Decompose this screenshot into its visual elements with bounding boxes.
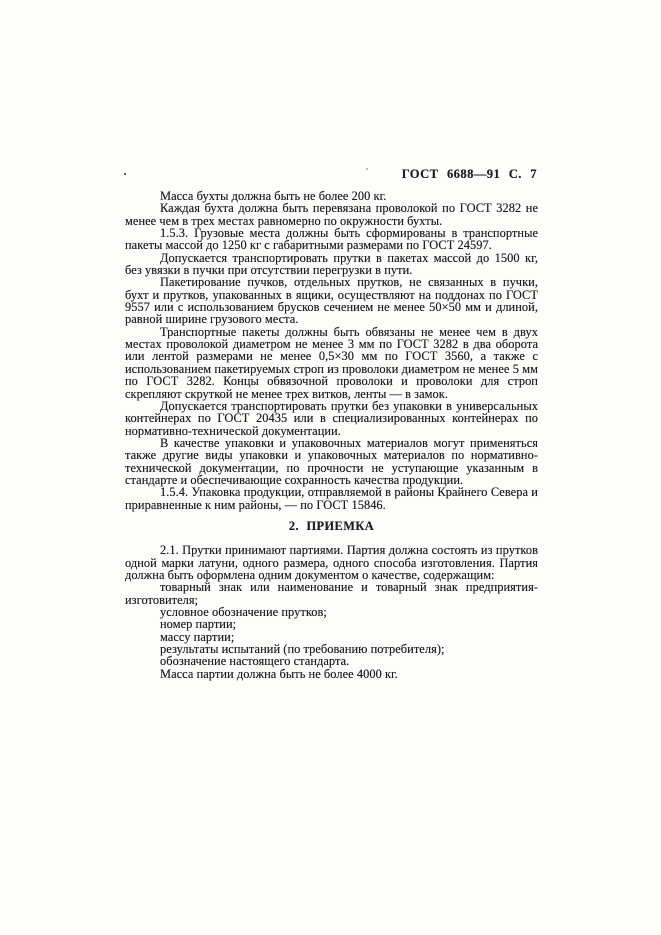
paragraph: Допускается транспортировать прутки без … — [125, 400, 538, 437]
paragraph: Транспортные пакеты должны быть обвязаны… — [125, 326, 538, 400]
list-item: обозначение настоящего стандарта. — [125, 655, 538, 667]
list-item: товарный знак или наименование и товарны… — [125, 581, 538, 606]
paragraph: В качестве упаковки и упаковочных матери… — [125, 437, 538, 486]
paragraph: Пакетирование пучков, отдельных прутков,… — [125, 276, 538, 325]
paragraph: Допускается транспортировать прутки в па… — [125, 252, 538, 277]
document-body: Масса бухты должна быть не более 200 кг.… — [125, 190, 538, 680]
section-heading: 2. ПРИЕМКА — [125, 520, 538, 532]
paragraph: 1.5.3. Грузовые места должны быть сформи… — [125, 227, 538, 252]
list-item: номер партии; — [125, 618, 538, 630]
paragraph: 2.1. Прутки принимают партиями. Партия д… — [125, 544, 538, 581]
document-page: ГОСТ 6688—91 С. 7 Масса бухты должна быт… — [0, 0, 661, 935]
paragraph: Масса партии должна быть не более 4000 к… — [125, 668, 538, 680]
paragraph: Каждая бухта должна быть перевязана пров… — [125, 202, 538, 227]
running-header: ГОСТ 6688—91 С. 7 — [125, 167, 537, 182]
page-header-text: ГОСТ 6688—91 С. 7 — [402, 167, 537, 181]
paragraph: 1.5.4. Упаковка продукции, отправляемой … — [125, 486, 538, 511]
